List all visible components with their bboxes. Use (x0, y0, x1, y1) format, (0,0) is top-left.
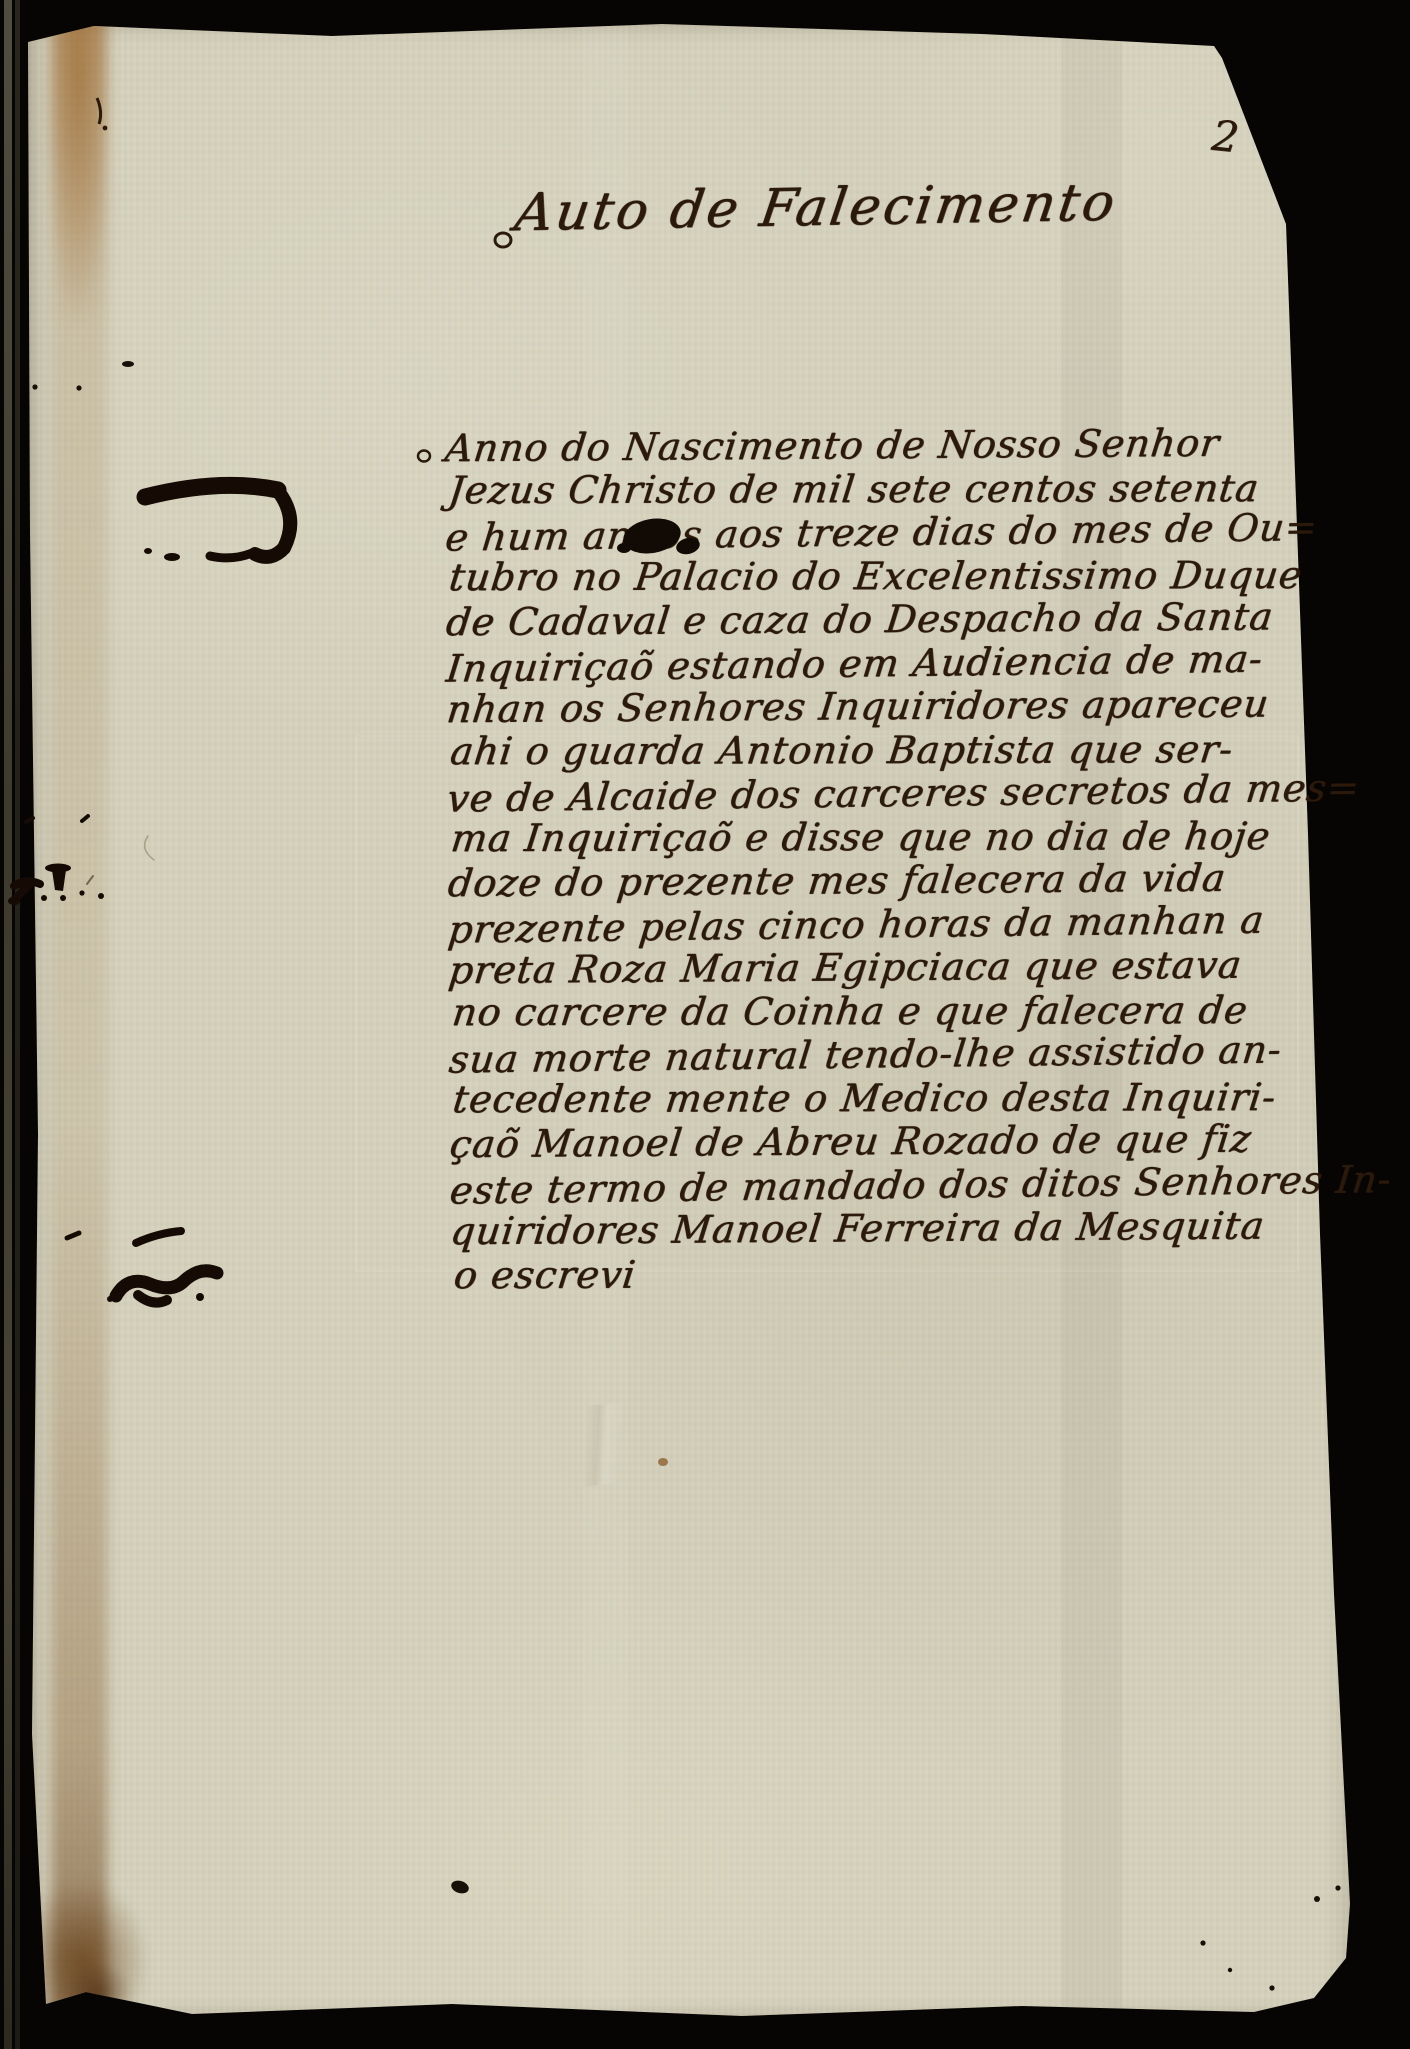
manuscript-line: sua morte natural tendo-lhe assistido an… (447, 1027, 1372, 1082)
binding-edge (4, 0, 12, 2049)
document-title: Auto de Falecimento (511, 173, 1121, 243)
manuscript-line: quiridores Manoel Ferreira da Mesquita (448, 1204, 1373, 1254)
scanned-manuscript-page: 2 Auto de Falecimento Anno do Nascimento… (0, 0, 1410, 2049)
manuscript-body: Anno do Nascimento de Nosso Senhor Jezus… (445, 421, 1371, 1299)
manuscript-line: nhan os Senhores Inquiridores apareceu (444, 682, 1369, 732)
manuscript-line: o escrevi (452, 1251, 1377, 1297)
manuscript-line: tecedente mente o Medico desta Inquiri- (450, 1075, 1375, 1121)
bottom-left-stain-dark (62, 1962, 132, 2026)
manuscript-line: e hum annos aos treze dias do mes de Ou= (443, 505, 1368, 560)
top-left-stain (46, 4, 110, 324)
manuscript-line: ma Inquiriçaõ e disse que no dia de hoje (448, 814, 1373, 860)
binding-edge-inner (15, 0, 20, 2049)
page-number: 2 (1210, 111, 1242, 163)
manuscript-line: Anno do Nascimento de Nosso Senhor (443, 421, 1368, 471)
manuscript-line: ve de Alcaide dos carceres secretos da m… (445, 766, 1370, 821)
manuscript-line: tubro no Palacio do Excelentissimo Duque (447, 553, 1372, 599)
bottom-left-stain (28, 1880, 148, 2030)
manuscript-line: preta Roza Maria Egipciaca que estava (446, 943, 1371, 993)
